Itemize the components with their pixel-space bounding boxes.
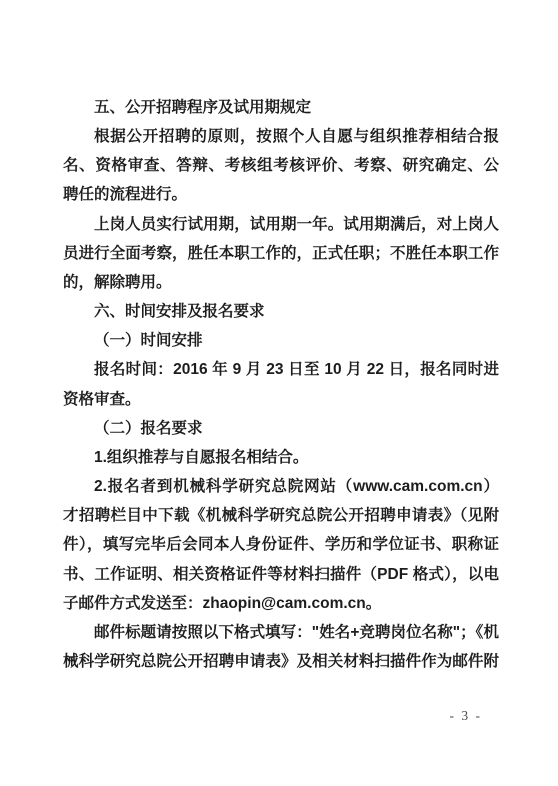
text-line: 邮件标题请按照以下格式填写："姓名+竞聘岗位名称"；《机 bbox=[63, 618, 499, 647]
section-heading: 五、公开招聘程序及试用期规定 bbox=[63, 93, 499, 122]
text-block: 五、公开招聘程序及试用期规定根据公开招聘的原则，按照个人自愿与组织推荐相结合报名… bbox=[63, 93, 499, 676]
text-line: 根据公开招聘的原则，按照个人自愿与组织推荐相结合报 bbox=[63, 122, 499, 151]
text-line: 子邮件方式发送至：zhaopin@cam.com.cn。 bbox=[63, 589, 499, 618]
section-subheading: （一）时间安排 bbox=[63, 326, 499, 355]
text-line: 员进行全面考察，胜任本职工作的，正式任职；不胜任本职工作 bbox=[63, 239, 499, 268]
text-line: 书、工作证明、相关资格证件等材料扫描件（PDF 格式），以电 bbox=[63, 560, 499, 589]
section-subheading: （二）报名要求 bbox=[63, 414, 499, 443]
text-line: 才招聘栏目中下载《机械科学研究总院公开招聘申请表》（见附 bbox=[63, 501, 499, 530]
text-line: 上岗人员实行试用期，试用期一年。试用期满后，对上岗人 bbox=[63, 210, 499, 239]
text-line: 的，解除聘用。 bbox=[63, 268, 499, 297]
text-line: 名、资格审查、答辩、考核组考核评价、考察、研究确定、公示、 bbox=[63, 151, 499, 180]
page-number: - 3 - bbox=[450, 708, 483, 724]
text-line: 2.报名者到机械科学研究总院网站（www.cam.com.cn）人 bbox=[63, 472, 499, 501]
text-line: 1.组织推荐与自愿报名相结合。 bbox=[63, 443, 499, 472]
text-line: 聘任的流程进行。 bbox=[63, 180, 499, 209]
text-line: 件），填写完毕后会同本人身份证件、学历和学位证书、职称证 bbox=[63, 530, 499, 559]
section-heading: 六、时间安排及报名要求 bbox=[63, 297, 499, 326]
text-line: 械科学研究总院公开招聘申请表》及相关材料扫描件作为邮件附 bbox=[63, 647, 499, 676]
text-line: 报名时间：2016 年 9 月 23 日至 10 月 22 日，报名同时进行 bbox=[63, 355, 499, 384]
text-line: 资格审查。 bbox=[63, 385, 499, 414]
document-page: 五、公开招聘程序及试用期规定根据公开招聘的原则，按照个人自愿与组织推荐相结合报名… bbox=[0, 0, 558, 786]
